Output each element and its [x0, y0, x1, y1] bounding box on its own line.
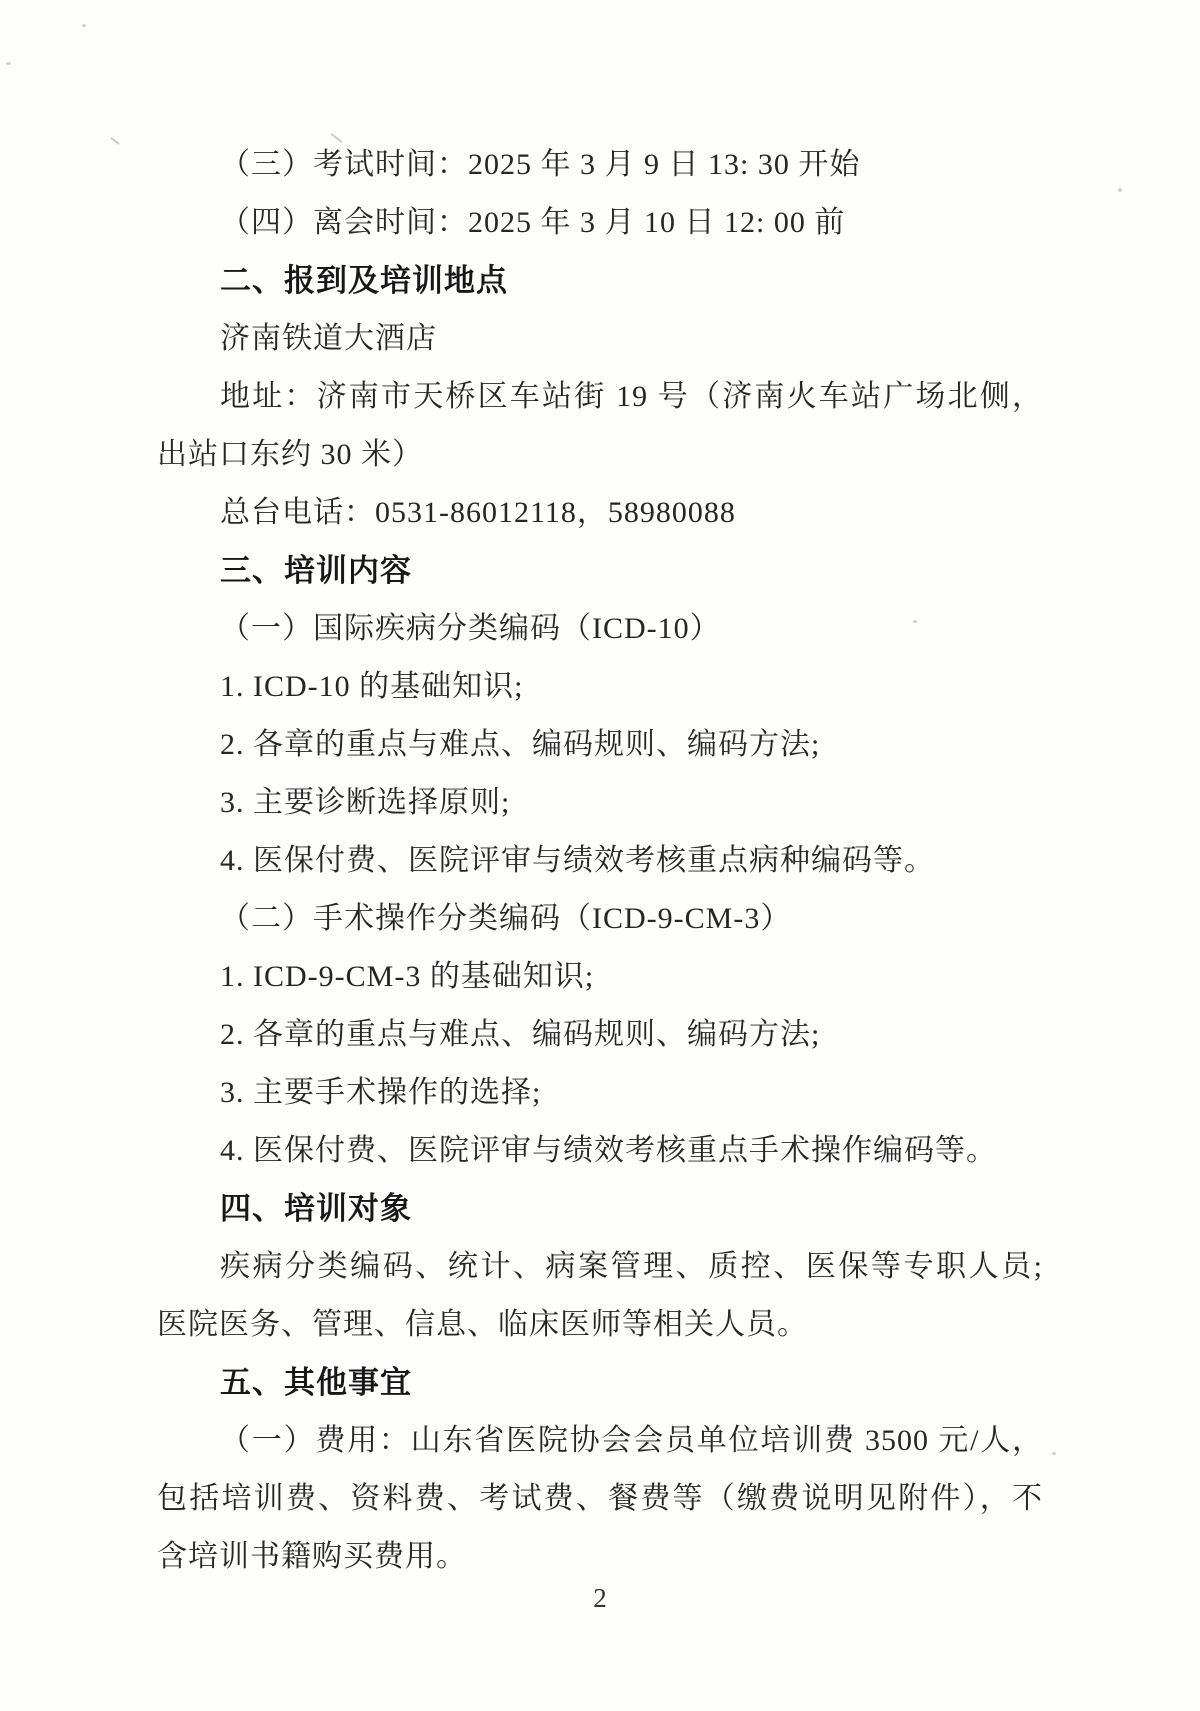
line-icd9-item-4: 4. 医保付费、医院评审与绩效考核重点手术操作编码等。 — [157, 1122, 1043, 1180]
scan-scratch — [110, 137, 119, 145]
line-icd9-item-3: 3. 主要手术操作的选择; — [157, 1064, 1043, 1122]
line-hotel-name: 济南铁道大酒店 — [157, 310, 1043, 368]
heading-other-matters: 五、其他事宜 — [157, 1354, 1043, 1412]
heading-training-audience: 四、培训对象 — [157, 1180, 1043, 1238]
line-leave-time: （四）离会时间：2025 年 3 月 10 日 12: 00 前 — [157, 194, 1043, 252]
line-icd10-item-4: 4. 医保付费、医院评审与绩效考核重点病种编码等。 — [157, 832, 1043, 890]
line-icd10-item-2: 2. 各章的重点与难点、编码规则、编码方法; — [157, 716, 1043, 774]
scan-speck — [1052, 1452, 1056, 1455]
line-icd10-item-3: 3. 主要诊断选择原则; — [157, 774, 1043, 832]
heading-training-content: 三、培训内容 — [157, 542, 1043, 600]
line-icd9-item-1: 1. ICD-9-CM-3 的基础知识; — [157, 948, 1043, 1006]
scan-speck — [6, 62, 11, 65]
line-audience-part1: 疾病分类编码、统计、病案管理、质控、医保等专职人员; — [157, 1238, 1043, 1296]
line-exam-time: （三）考试时间：2025 年 3 月 9 日 13: 30 开始 — [157, 136, 1043, 194]
scan-speck — [82, 24, 86, 27]
line-address-part1: 地址：济南市天桥区车站街 19 号（济南火车站广场北侧， — [157, 368, 1043, 426]
line-audience-part2: 医院医务、管理、信息、临床医师等相关人员。 — [157, 1296, 1043, 1354]
heading-registration-location: 二、报到及培训地点 — [157, 252, 1043, 310]
line-icd10-item-1: 1. ICD-10 的基础知识; — [157, 658, 1043, 716]
scan-speck — [1118, 188, 1122, 192]
line-fee-part1: （一）费用：山东省医院协会会员单位培训费 3500 元/人， — [157, 1412, 1043, 1470]
line-icd10-title: （一）国际疾病分类编码（ICD-10） — [157, 600, 1043, 658]
line-address-part2: 出站口东约 30 米） — [157, 426, 1043, 484]
line-fee-part2: 包括培训费、资料费、考试费、餐费等（缴费说明见附件），不 — [157, 1470, 1043, 1528]
line-phone: 总台电话：0531-86012118，58980088 — [157, 484, 1043, 542]
line-icd9-item-2: 2. 各章的重点与难点、编码规则、编码方法; — [157, 1006, 1043, 1064]
page-number: 2 — [0, 1578, 1200, 1618]
line-icd9-title: （二）手术操作分类编码（ICD-9-CM-3） — [157, 890, 1043, 948]
scanned-document-page: （三）考试时间：2025 年 3 月 9 日 13: 30 开始 （四）离会时间… — [0, 0, 1200, 1711]
text-block: （三）考试时间：2025 年 3 月 9 日 13: 30 开始 （四）离会时间… — [157, 136, 1043, 1586]
